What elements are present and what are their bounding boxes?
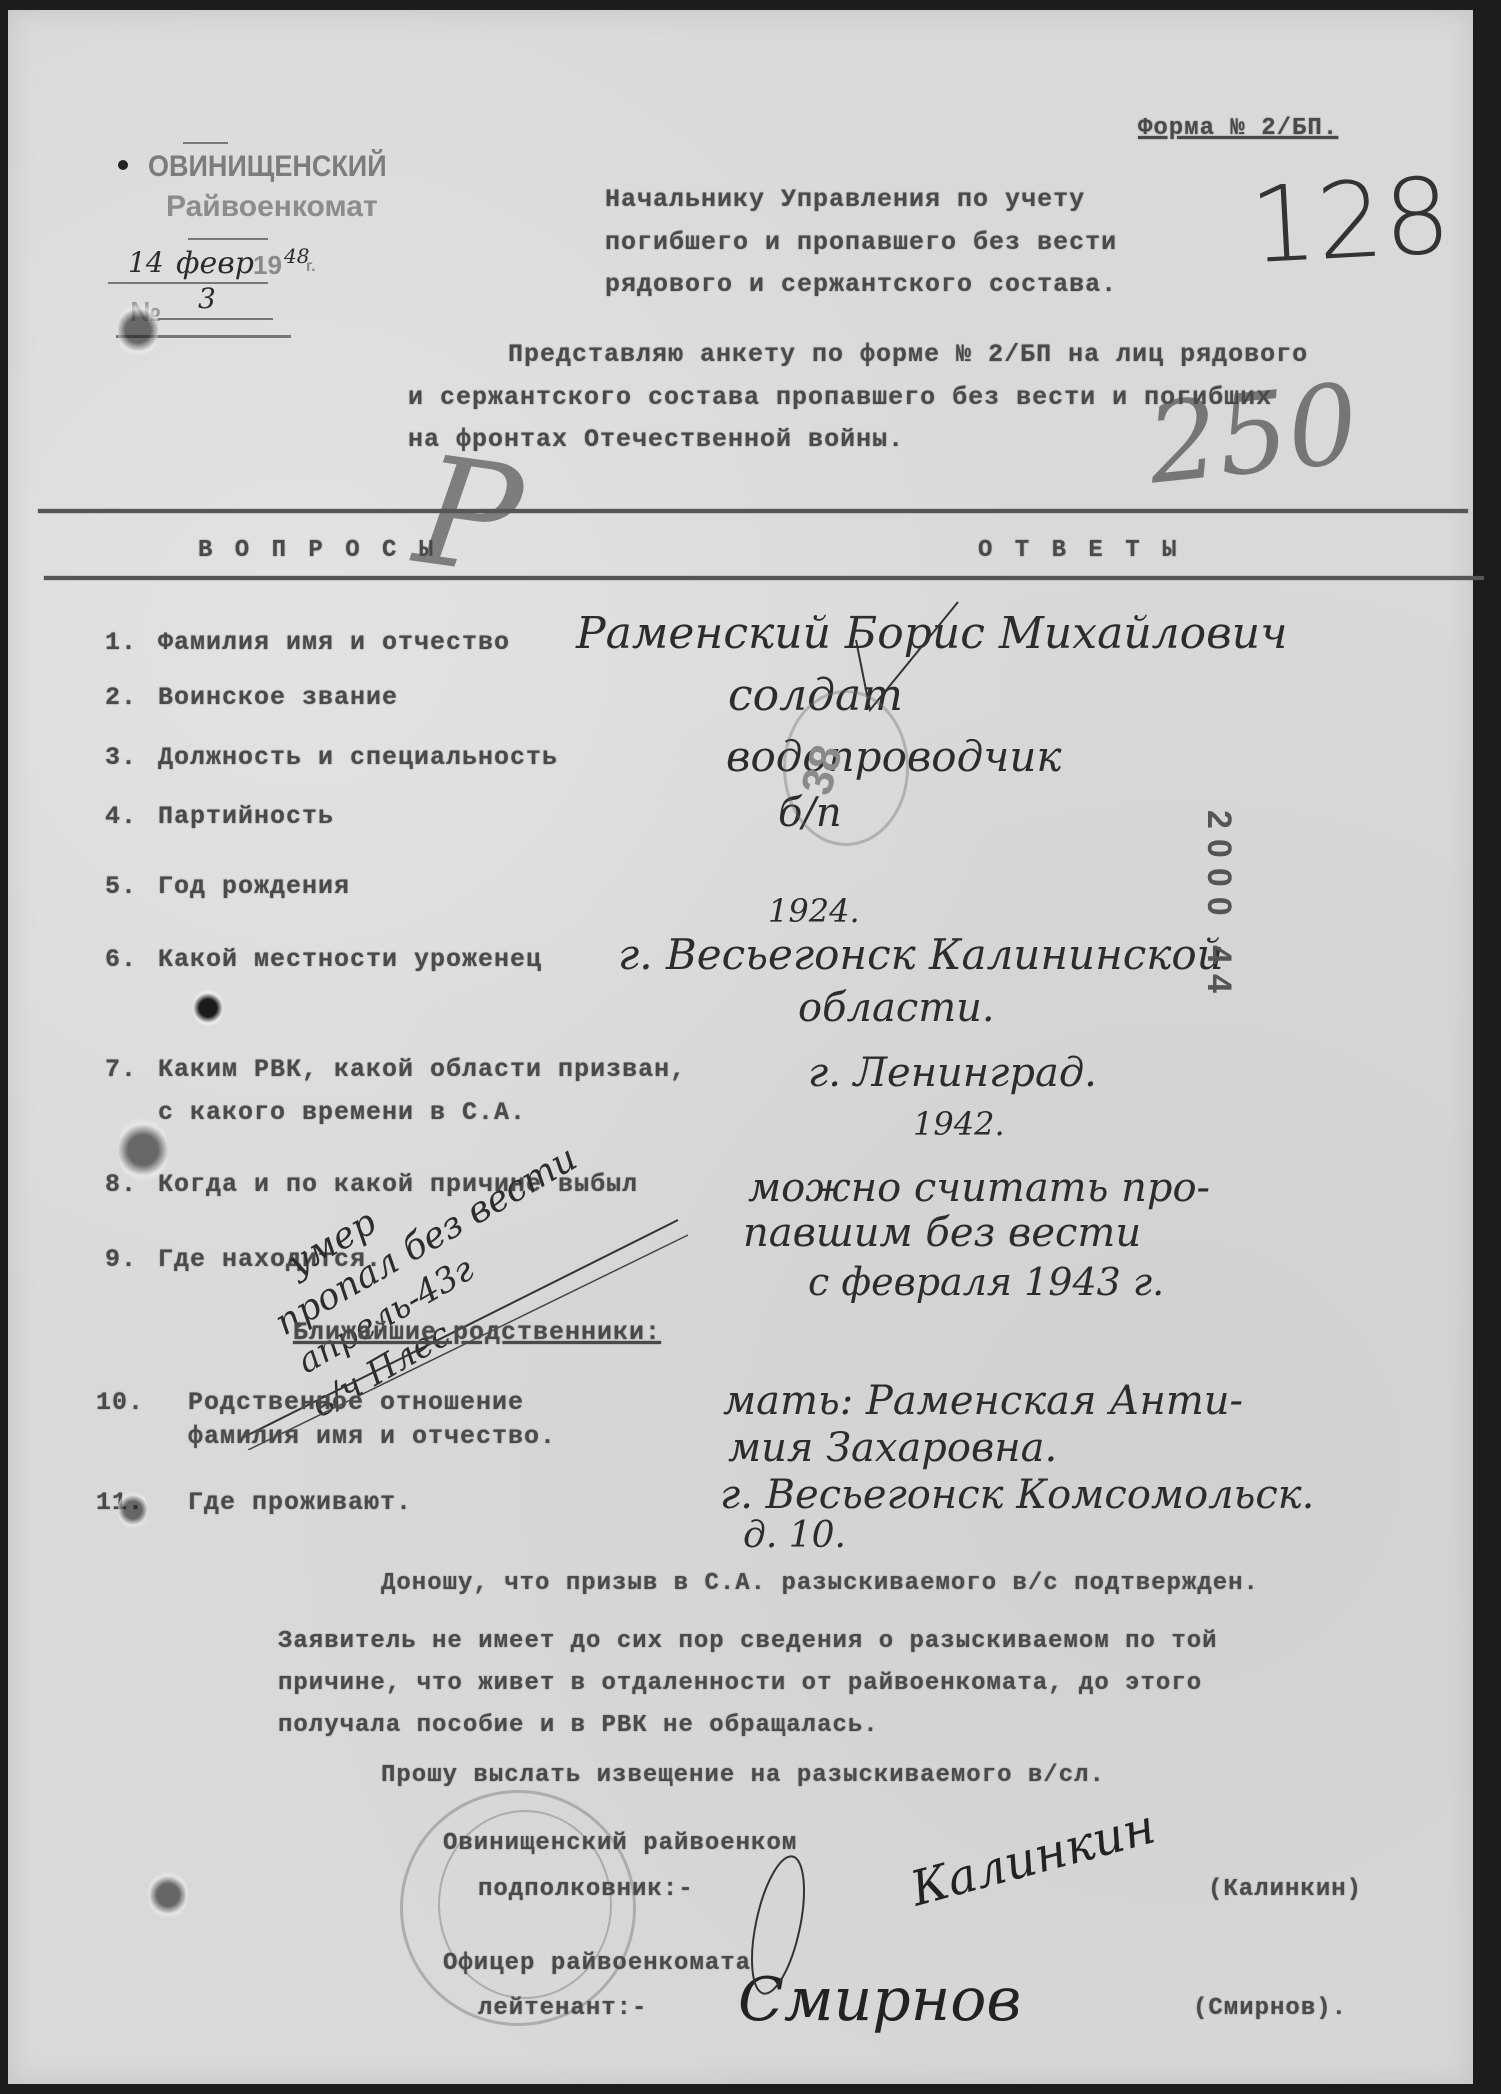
question-number: 5. (105, 872, 137, 901)
question-label: Воинское звание (158, 683, 398, 712)
signature-loop (738, 1850, 818, 2000)
answer-value: можно считать про- (748, 1165, 1210, 1211)
office-stamp-line2: Райвоенкомат (166, 190, 378, 224)
question-label-continued: фамилия имя и отчество. (188, 1422, 556, 1451)
header-rule-bottom (44, 576, 1484, 580)
stamp-number-value: 3 (198, 282, 216, 315)
stamp-date-month: февр (176, 246, 254, 281)
stamp-rule-top (183, 142, 228, 144)
stamp-date-row: 14 февр 19 48 г. (108, 246, 328, 286)
paper-tear (118, 1115, 168, 1185)
answer-value: д. 10. (743, 1515, 846, 1556)
office-stamp-line1: ОВИНИЩЕНСКИЙ (148, 150, 387, 184)
signatory-name: (Калинкин) (1208, 1876, 1362, 1903)
body-line: Прошу выслать извещение на разыскиваемог… (381, 1762, 1105, 1789)
answer-value: мать: Раменская Анти- (723, 1378, 1243, 1424)
document-page: ОВИНИЩЕНСКИЙ Райвоенкомат 14 февр 19 48 … (8, 10, 1473, 2084)
answer-value: с февраля 1943 г. (808, 1260, 1164, 1304)
answer-value: г. Ленинград. (808, 1050, 1097, 1096)
stamp-date-year-prefix: 19 (253, 250, 282, 281)
body-line: получала пособие и в РВК не обращалась. (278, 1712, 879, 1739)
question-number: 6. (105, 945, 137, 974)
question-label: Какой местности уроженец (158, 945, 542, 974)
signature: Калинкин (905, 1799, 1161, 1918)
column-header-answers: О Т В Е Т Ы (978, 537, 1180, 564)
question-number: 7. (105, 1055, 137, 1084)
stamp-date-g: г. (306, 258, 316, 276)
answer-value: г. Весьегонск Комсомольск. (720, 1472, 1314, 1518)
form-number: Форма № 2/БП. (1138, 115, 1338, 142)
vertical-number: 2000 44 (1199, 810, 1238, 1003)
answer-value: павшим без вести (743, 1210, 1141, 1256)
intro-line: и сержантского состава пропавшего без ве… (408, 383, 1272, 412)
signatory-rank: лейтенант:- (478, 1995, 647, 2022)
question-number: 1. (105, 628, 137, 657)
body-line: причине, что живет в отдаленности от рай… (278, 1670, 1202, 1697)
signatory-line: Офицер райвоенкомата (443, 1950, 751, 1977)
answer-value: области. (798, 985, 995, 1031)
paper-tear (148, 1870, 188, 1920)
body-line: Заявитель не имеет до сих пор сведения о… (278, 1628, 1218, 1655)
answer-value: 1942. (913, 1105, 1005, 1143)
addressee-line: Начальнику Управления по учету (605, 185, 1085, 214)
column-header-questions: В О П Р О С Ы (198, 537, 437, 564)
stamp-date-day: 14 (128, 246, 164, 279)
stamp-dot-icon (118, 160, 128, 170)
stamp-rule-1 (188, 238, 268, 240)
question-label: Должность и специальность (158, 743, 558, 772)
stamp-number-underline (158, 318, 273, 320)
signatory-name: (Смирнов). (1193, 1995, 1347, 2022)
question-number: 9. (105, 1245, 137, 1274)
body-line: Доношу, что призыв в С.А. разыскиваемого… (381, 1570, 1259, 1597)
intro-line: Представляю анкету по форме № 2/БП на ли… (508, 340, 1308, 369)
answer-value: г. Весьегонск Калининской (618, 930, 1224, 979)
question-number: 2. (105, 683, 137, 712)
question-label: Партийность (158, 802, 334, 831)
question-number: 3. (105, 743, 137, 772)
question-label: Где проживают. (188, 1488, 412, 1517)
relatives-heading: Ближайшие родственники: (293, 1318, 661, 1347)
stamp-date-underline (108, 282, 268, 284)
addressee-line: погибшего и пропавшего без вести (605, 228, 1117, 257)
question-label: Год рождения (158, 872, 350, 901)
question-label: Родственное отношение (188, 1388, 524, 1417)
signatory-rank: подполковник:- (478, 1876, 694, 1903)
answer-value: мия Захаровна. (728, 1425, 1057, 1471)
archive-number-2: 250 (1142, 359, 1364, 508)
paper-tear (118, 300, 158, 360)
question-number: 4. (105, 802, 137, 831)
answer-value: 1924. (768, 892, 860, 930)
archive-page-number: 128 (1247, 155, 1454, 287)
header-rule-top (38, 509, 1468, 513)
punch-hole (193, 988, 223, 1028)
addressee-line: рядового и сержантского состава. (605, 270, 1117, 299)
question-label: Фамилия имя и отчество (158, 628, 510, 657)
paper-tear (118, 1490, 148, 1530)
question-number: 10. (96, 1388, 144, 1417)
